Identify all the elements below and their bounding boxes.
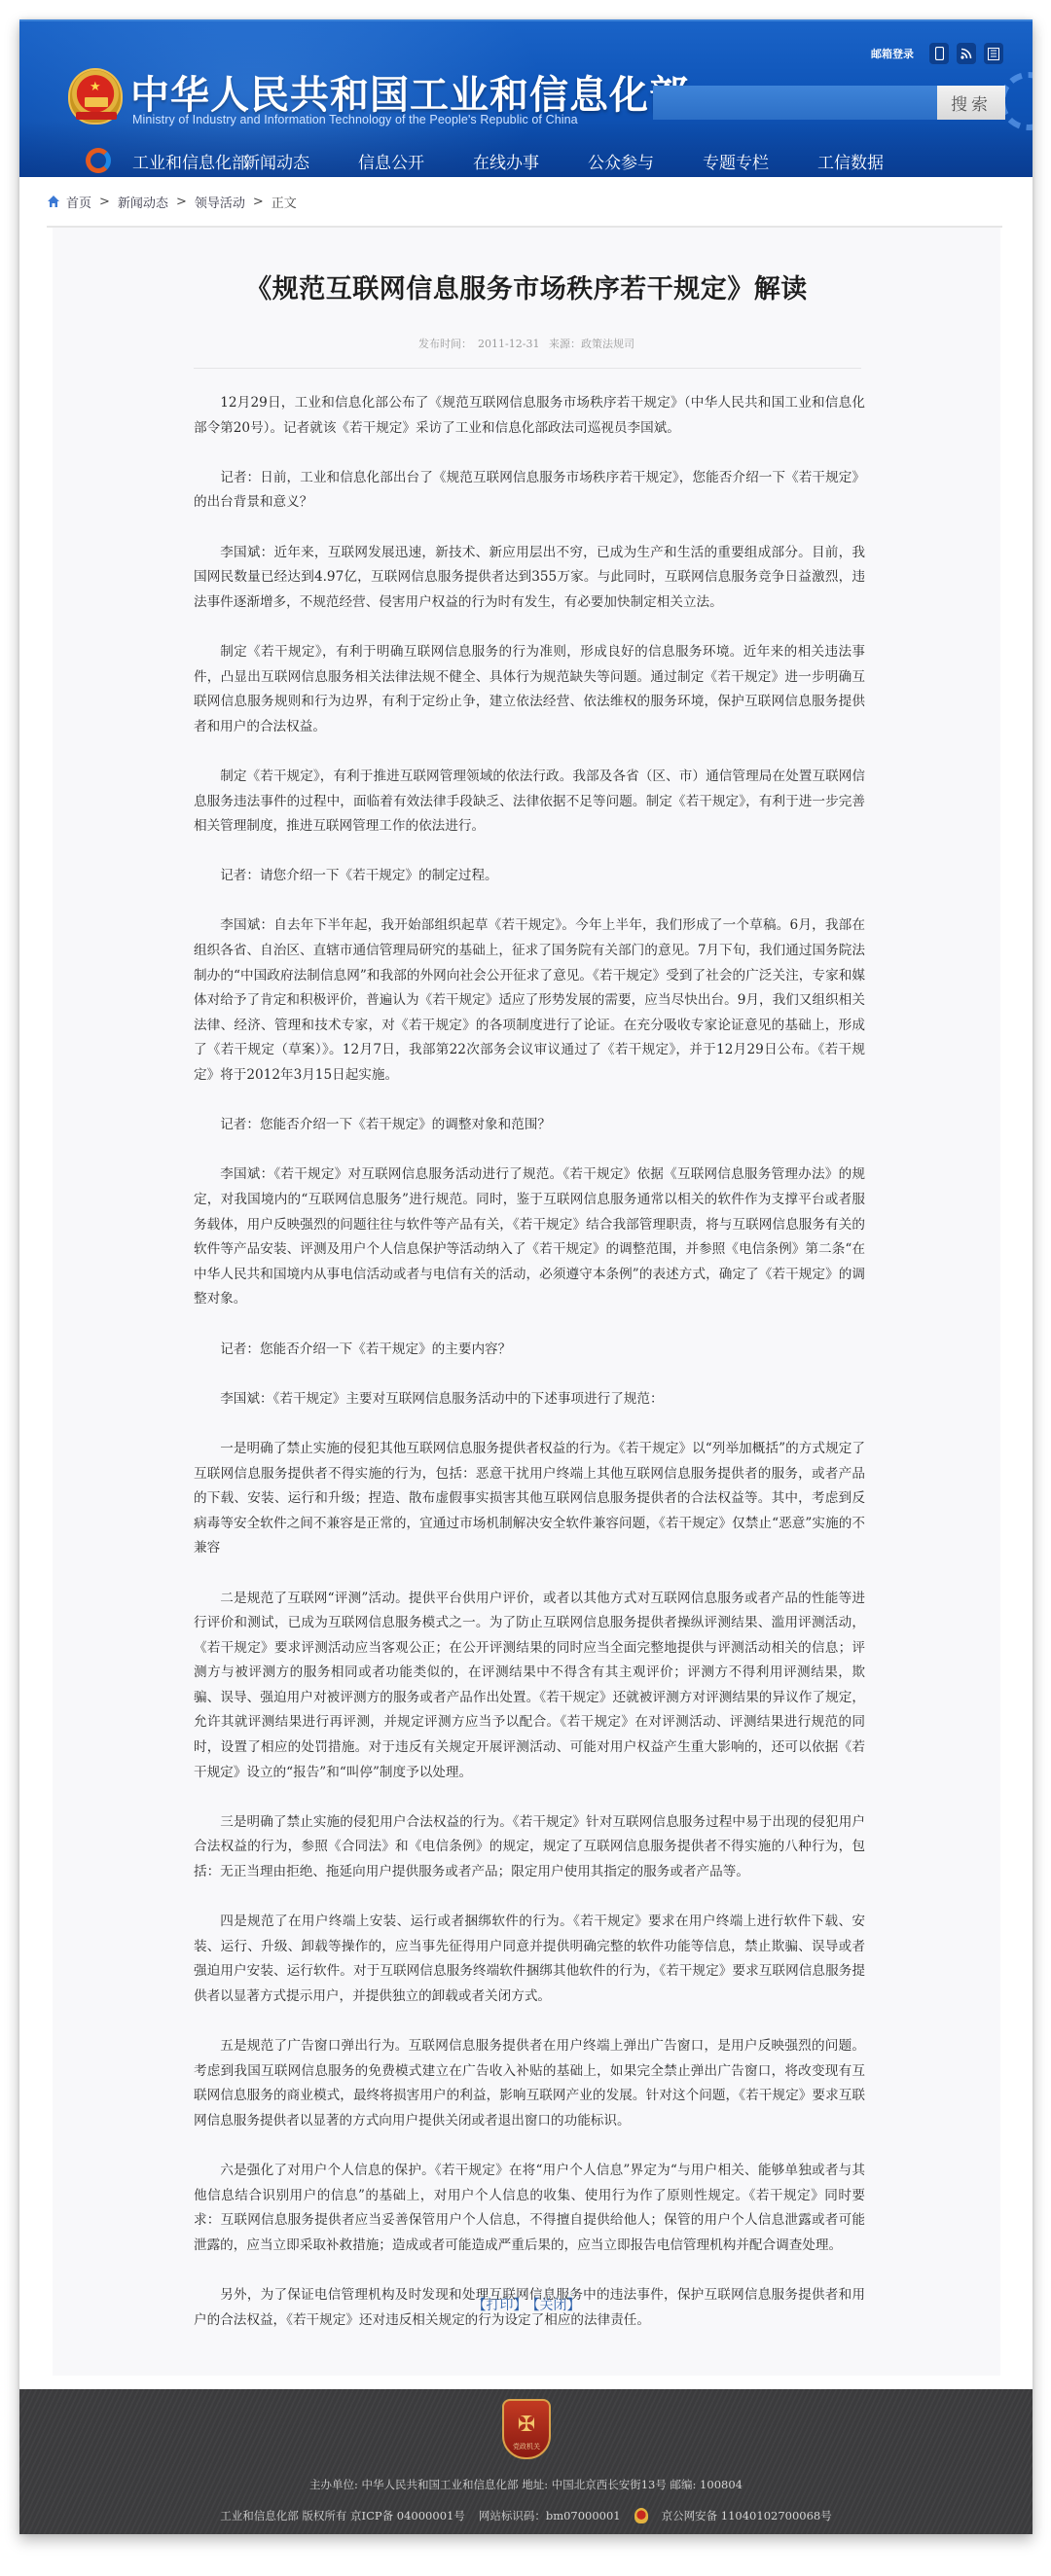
paragraph-question-3: 记者：您能否介绍一下《若干规定》的调整对象和范围？ (194, 1113, 865, 1138)
paragraph: 制定《若干规定》，有利于明确互联网信息服务的行为准则，形成良好的信息服务环境。近… (194, 640, 865, 739)
paragraph-question-4: 记者：您能否介绍一下《若干规定》的主要内容？ (194, 1338, 865, 1363)
nav-item-news[interactable]: 新闻动态 (243, 149, 358, 173)
footer-police-record[interactable]: 京公网安备 11040102700068号 (662, 2508, 832, 2523)
breadcrumb-leadership[interactable]: 领导活动 (195, 193, 245, 211)
paragraph-question-2: 记者：请您介绍一下《若干规定》的制定过程。 (194, 864, 865, 889)
paragraph-answer-4: 李国斌：《若干规定》主要对互联网信息服务活动中的下述事项进行了规范： (194, 1387, 865, 1413)
rss-icon[interactable] (957, 43, 976, 64)
meta-divider (194, 368, 861, 369)
paragraph-point-1: 一是明确了禁止实施的侵犯其他互联网信息服务提供者权益的行为。《若干规定》以“列举… (194, 1437, 865, 1561)
print-link[interactable]: 【打印】 (473, 2298, 527, 2313)
paragraph-answer-1: 李国斌：近年来，互联网发展迅速，新技术、新应用层出不穷，已成为生产和生活的重要组… (194, 541, 865, 616)
paragraph: 制定《若干规定》，有利于推进互联网管理领域的依法行政。我部及各省（区、市）通信管… (194, 765, 865, 840)
breadcrumb-separator: > (253, 195, 264, 209)
nav-item-online-services[interactable]: 在线办事 (473, 149, 588, 173)
footer-site-id: 网站标识码：bm07000001 (479, 2508, 621, 2523)
article-meta: 发布时间：2011-12-31 来源：政策法规司 (53, 336, 1000, 351)
breadcrumb-separator: > (99, 195, 110, 209)
footer-host-info: 主办单位: 中华人民共和国工业和信息化部 地址: 中国北京西长安街13号 邮编:… (19, 2477, 1033, 2492)
publish-label: 发布时间： (418, 338, 472, 350)
article: 《规范互联网信息服务市场秩序若干规定》解读 发布时间：2011-12-31 来源… (53, 228, 1000, 2376)
source-label: 来源： (549, 338, 581, 350)
breadcrumb-current: 正文 (272, 193, 297, 211)
paragraph-answer-2: 李国斌：自去年下半年起，我开始部组织起草《若干规定》。今年上半年，我们形成了一个… (194, 913, 865, 1088)
site-header: ★ 中华人民共和国工业和信息化部 Ministry of Industry an… (19, 19, 1033, 177)
breadcrumb-home[interactable]: 首页 (66, 193, 91, 211)
site-title[interactable]: 中华人民共和国工业和信息化部 (130, 64, 689, 120)
footer-copyright: 工业和信息化部 版权所有 京ICP备 04000001号 (220, 2508, 465, 2523)
article-title: 《规范互联网信息服务市场秩序若干规定》解读 (53, 268, 1000, 305)
paragraph-answer-3: 李国斌：《若干规定》对互联网信息服务活动进行了规范。《若干规定》依据《互联网信息… (194, 1163, 865, 1312)
source-value: 政策法规司 (581, 338, 634, 350)
publish-date: 2011-12-31 (478, 338, 539, 350)
breadcrumb-news[interactable]: 新闻动态 (118, 193, 168, 211)
close-link[interactable]: 【关闭】 (533, 2298, 581, 2313)
page-container: ★ 中华人民共和国工业和信息化部 Ministry of Industry an… (19, 19, 1033, 2534)
paragraph-point-4: 四是规范了在用户终端上安装、运行或者捆绑软件的行为。《若干规定》要求在用户终端上… (194, 1910, 865, 2009)
site-subtitle: Ministry of Industry and Information Tec… (132, 113, 578, 126)
top-links: 邮箱登录 (871, 43, 1003, 64)
search-bar: 搜索 (653, 86, 1005, 120)
breadcrumb: 首页 > 新闻动态 > 领导活动 > 正文 (47, 190, 297, 213)
paragraph-point-3: 三是明确了禁止实施的侵犯用户合法权益的行为。《若干规定》针对互联网信息服务过程中… (194, 1810, 865, 1885)
police-emblem-icon[interactable] (634, 2508, 648, 2523)
footer-record-info: 工业和信息化部 版权所有 京ICP备 04000001号 网站标识码：bm070… (19, 2508, 1033, 2523)
home-icon[interactable] (47, 195, 60, 208)
paragraph-point-5: 五是规范了广告窗口弹出行为。互联网信息服务提供者在用户终端上弹出广告窗口，是用户… (194, 2034, 865, 2133)
search-button[interactable]: 搜索 (937, 86, 1005, 120)
paragraph-intro: 12月29日，工业和信息化部公布了《规范互联网信息服务市场秩序若干规定》（中华人… (194, 391, 865, 441)
mail-login-link[interactable]: 邮箱登录 (871, 46, 914, 61)
mobile-icon[interactable] (929, 43, 949, 64)
breadcrumb-separator: > (176, 195, 187, 209)
site-footer: ✠ 党政机关 主办单位: 中华人民共和国工业和信息化部 地址: 中国北京西长安街… (19, 2389, 1033, 2534)
badge-mark: ✠ (518, 2415, 535, 2436)
badge-label: 党政机关 (513, 2442, 540, 2451)
article-body: 12月29日，工业和信息化部公布了《规范互联网信息服务市场秩序若干规定》（中华人… (194, 391, 865, 2358)
paragraph-point-6: 六是强化了对用户个人信息的保护。《若干规定》在将“用户个人信息”界定为“与用户相… (194, 2159, 865, 2258)
nav-item-ministry[interactable]: 工业和信息化部 (132, 149, 243, 173)
miit-logo-icon[interactable] (86, 148, 111, 173)
article-actions: 【打印】【关闭】 (53, 2295, 1000, 2314)
nav-item-special-topics[interactable]: 专题专栏 (703, 149, 817, 173)
national-emblem-icon[interactable]: ★ (68, 68, 123, 125)
party-government-badge-icon[interactable]: ✠ 党政机关 (502, 2399, 551, 2459)
nav-item-public-participation[interactable]: 公众参与 (588, 149, 703, 173)
main-nav: 工业和信息化部 新闻动态 信息公开 在线办事 公众参与 专题专栏 工信数据 (19, 142, 1033, 177)
newspaper-icon[interactable] (984, 43, 1003, 64)
search-input[interactable] (653, 86, 937, 120)
nav-item-data[interactable]: 工信数据 (817, 149, 884, 173)
paragraph-question-1: 记者：日前，工业和信息化部出台了《规范互联网信息服务市场秩序若干规定》，您能否介… (194, 466, 865, 516)
paragraph-point-2: 二是规范了互联网“评测”活动。提供平台供用户评价，或者以其他方式对互联网信息服务… (194, 1587, 865, 1786)
nav-item-info-disclosure[interactable]: 信息公开 (358, 149, 473, 173)
